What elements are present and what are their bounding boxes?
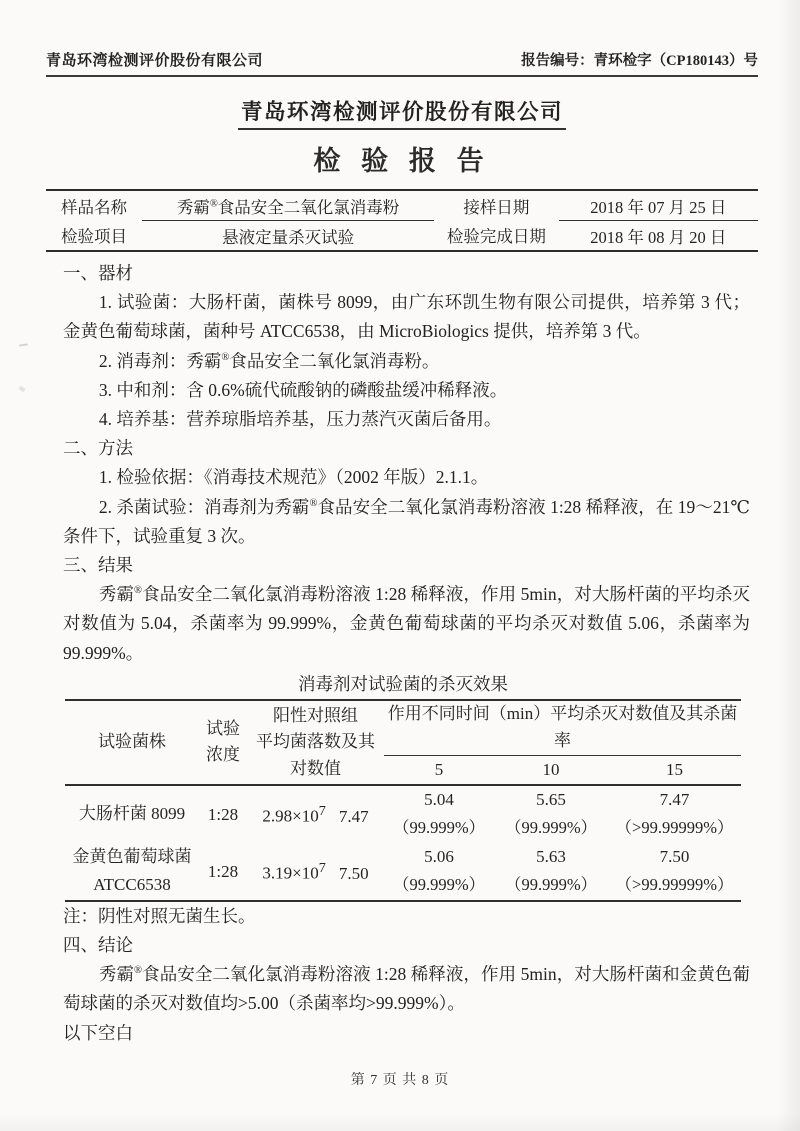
running-header: 青岛环湾检测评价股份有限公司 报告编号：青环检字（CP180143）号 [46,49,758,77]
receive-date-value: 2018 年 07 月 25 日 [559,190,758,221]
exponent: 7 [319,803,326,819]
method-item-test: 2. 杀菌试验：消毒剂为秀霸®食品安全二氧化氯消毒粉溶液 1:28 稀释液，在 … [63,493,750,551]
col-header-concentration: 试验 浓度 [199,700,247,785]
col-header-time-5: 5 [384,755,494,785]
col-header-positive-control: 阳性对照组 平均菌落数及其 对数值 [247,700,384,785]
col-header-time-15: 15 [608,755,741,785]
header-company-name: 青岛环湾检测评价股份有限公司 [46,49,263,70]
complete-date-label: 检验完成日期 [434,221,559,252]
info-row-sample: 样品名称 秀霸®食品安全二氧化氯消毒粉 接样日期 2018 年 07 月 25 … [46,190,758,221]
registered-mark: ® [210,198,218,209]
conclusion-paragraph: 秀霸®食品安全二氧化氯消毒粉溶液 1:28 稀释液，作用 5min，对大肠杆菌和… [63,960,750,1018]
equipment-item-medium: 4. 培养基：营养琼脂培养基，压力蒸汽灭菌后备用。 [63,405,750,434]
report-title: 检 验 报 告 [46,139,758,178]
receive-date-label: 接样日期 [434,190,559,221]
exponent: 7 [319,860,326,876]
result-paragraph: 秀霸®食品安全二氧化氯消毒粉溶液 1:28 稀释液，作用 5min，对大肠杆菌的… [63,580,750,668]
positive-control-cell: 3.19×1077.50 [247,843,384,901]
col-header-strain: 试验菌株 [65,700,199,785]
results-table: 试验菌株 试验 浓度 阳性对照组 平均菌落数及其 对数值 [65,699,741,902]
results-table-block: 消毒剂对试验菌的杀灭效果 试验菌株 试验 浓度 [65,670,741,902]
info-row-item: 检验项目 悬液定量杀灭试验 检验完成日期 2018 年 08 月 20 日 [46,221,758,252]
concentration-cell: 1:28 [199,785,247,843]
section-heading-result: 三、结果 [63,551,750,580]
kill-log-10min-cell: 5.63 （99.999%） [494,843,608,901]
blank-below-text: 以下空白 [63,1019,750,1048]
section-heading-method: 二、方法 [63,434,750,463]
method-item-basis: 1. 检验依据：《消毒技术规范》（2002 年版）2.1.1。 [63,463,750,492]
results-header-row: 试验菌株 试验 浓度 阳性对照组 平均菌落数及其 对数值 [65,700,741,756]
inspection-item-label: 检验项目 [46,221,142,252]
inspection-item-value: 悬液定量杀灭试验 [142,221,434,252]
company-title: 青岛环湾检测评价股份有限公司 [46,95,758,130]
table-row-staphylococcus: 金黄色葡萄球菌 ATCC6538 1:28 3.19×1077.50 5.06 … [65,843,741,901]
col-header-time-10: 10 [494,755,608,785]
registered-mark: ® [134,585,142,596]
section-heading-equipment: 一、器材 [63,259,750,288]
report-body: 一、器材 1. 试验菌：大肠杆菌，菌株号 8099，由广东环凯生物有限公司提供，… [63,259,750,1048]
concentration-cell: 1:28 [199,843,247,901]
footer-page-number: 第 7 页 共 8 页 [0,1069,800,1089]
report-number: 报告编号：青环检字（CP180143）号 [521,49,758,70]
strain-cell: 大肠杆菌 8099 [65,785,199,843]
positive-control-cell: 2.98×1077.47 [247,785,384,843]
strain-cell: 金黄色葡萄球菌 ATCC6538 [65,843,199,901]
kill-log-10min-cell: 5.65 （99.999%） [494,785,608,843]
scanned-report-page: 青岛环湾检测评价股份有限公司 报告编号：青环检字（CP180143）号 青岛环湾… [0,0,800,1131]
sample-name-value: 秀霸®食品安全二氧化氯消毒粉 [142,190,434,221]
kill-log-15min-cell: 7.47 （>99.99999%） [608,785,741,843]
equipment-item-neutralizer: 3. 中和剂：含 0.6%硫代硫酸钠的磷酸盐缓冲稀释液。 [63,376,750,405]
equipment-item-disinfectant: 2. 消毒剂：秀霸®食品安全二氧化氯消毒粉。 [63,347,750,376]
kill-log-5min-cell: 5.06 （99.999%） [384,843,494,901]
sample-name-label: 样品名称 [46,190,142,221]
complete-date-value: 2018 年 08 月 20 日 [559,221,758,252]
kill-log-5min-cell: 5.04 （99.999%） [384,785,494,843]
kill-log-15min-cell: 7.50 （>99.99999%） [608,843,741,901]
table-row-ecoli: 大肠杆菌 8099 1:28 2.98×1077.47 5.04 （99.999… [65,785,741,843]
table-note: 注：阴性对照无菌生长。 [63,902,750,931]
registered-mark: ® [134,965,142,976]
equipment-item-test-bacteria: 1. 试验菌：大肠杆菌，菌株号 8099，由广东环凯生物有限公司提供，培养第 3… [63,288,750,346]
col-header-contact-time: 作用不同时间（min）平均杀灭对数值及其杀菌 率 [384,700,741,756]
section-heading-conclusion: 四、结论 [63,931,750,960]
info-table: 样品名称 秀霸®食品安全二氧化氯消毒粉 接样日期 2018 年 07 月 25 … [46,189,758,252]
results-table-title: 消毒剂对试验菌的杀灭效果 [65,670,741,699]
